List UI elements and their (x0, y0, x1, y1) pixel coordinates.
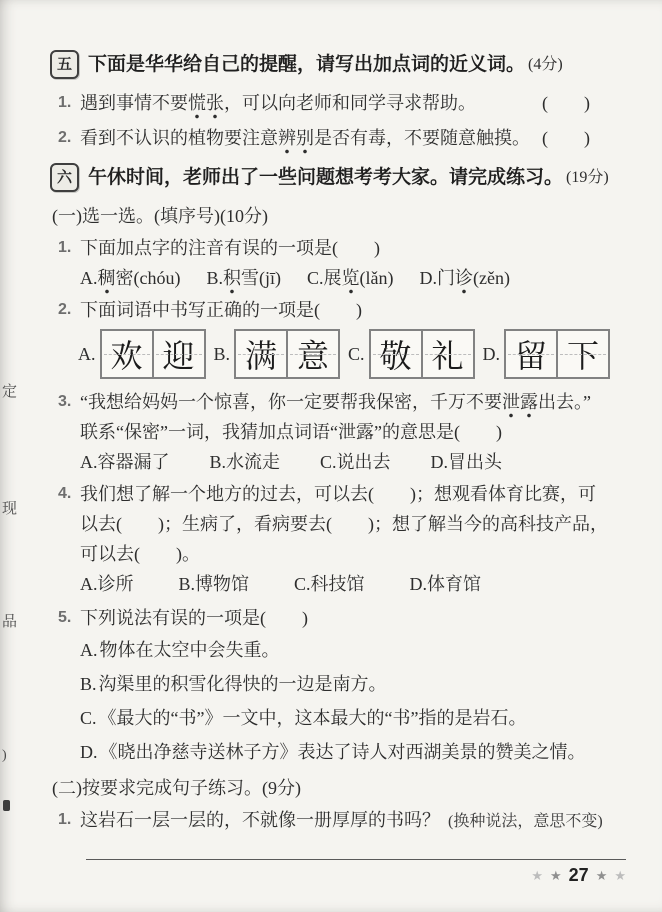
emphasized-word: 泄露 (502, 392, 538, 418)
text-segment: 这岩石一层一层的，不就像一册厚厚的书吗？ (80, 810, 440, 830)
section-6-title: 午休时间，老师出了一些问题想考考大家。请完成练习。 (88, 164, 563, 191)
emphasized-char: 积 (223, 268, 241, 294)
grid-char: 下 (556, 331, 608, 377)
text-segment: 展 (324, 268, 342, 288)
question-3-options: A.容器漏了 B.水流走 C.说出去 D.冒出头 (80, 447, 632, 477)
option-text: 沟渠里的积雪化得快的一边是南方。 (99, 667, 387, 701)
option-b: B.水流走 (210, 447, 281, 477)
option-text: 体育馆 (427, 574, 481, 594)
star-icon: ★ (550, 869, 562, 882)
question-5-option-c: C.《最大的“书”》一文中，这本最大的“书”指的是岩石。 (80, 701, 632, 735)
item-text: 看到不认识的植物要注意辨别是否有毒，不要随意触摸。 (80, 123, 530, 153)
option-label: C. (294, 574, 311, 594)
option-text: 《最大的“书”》一文中，这本最大的“书”指的是岩石。 (99, 701, 527, 735)
answer-blank: ( ) (542, 88, 590, 118)
option-label: C. (320, 452, 337, 472)
s5-item-1: 1. 遇到事情不要慌张，可以向老师和同学寻求帮助。 ( ) (58, 88, 632, 118)
section-5-score: (4分) (528, 51, 563, 78)
writing-grid: 欢迎 (100, 329, 206, 379)
page-footer: ★ ★ 27 ★ ★ (531, 865, 626, 886)
question-4-options: A.诊所 B.博物馆 C.科技馆 D.体育馆 (80, 569, 632, 599)
option-label: A. (78, 344, 96, 365)
option-label: D. (420, 268, 438, 288)
option-b: B.积雪(jī) (206, 263, 281, 293)
question-stem: “我想给妈妈一个惊喜，你一定要帮我保密，千万不要泄露出去。” (80, 387, 632, 417)
text-segment: “我想给妈妈一个惊喜，你一定要帮我保密，千万不要 (80, 392, 502, 412)
option-text: 冒出头 (448, 452, 502, 472)
option-label: C. (307, 268, 324, 288)
question-number: 4. (58, 479, 80, 509)
emphasized-word: 辨别 (278, 128, 314, 154)
question-2-options: A. 欢迎 B. 满意 C. 敬礼 D. 留下 (78, 329, 632, 379)
writing-grid: 满意 (234, 329, 340, 379)
emphasized-char: 览 (342, 268, 360, 294)
writing-grid: 留下 (504, 329, 610, 379)
option-text: 水流走 (226, 452, 280, 472)
question-number: 1. (58, 805, 80, 837)
option-label: B. (214, 344, 231, 365)
question-5-option-a: A.物体在太空中会失重。 (80, 633, 632, 667)
margin-fragment: 品 (2, 610, 17, 631)
option-c: C.科技馆 (294, 569, 365, 599)
s5-item-2: 2. 看到不认识的植物要注意辨别是否有毒，不要随意触摸。 ( ) (58, 123, 632, 153)
page-number: 27 (569, 865, 589, 886)
question-stem: 下面词语中书写正确的一项是( ) (80, 295, 632, 325)
option-label: D. (80, 735, 98, 769)
grid-char: 满 (236, 331, 286, 377)
question-4-line-2: 以去( )；生病了，看病要去( )；想了解当今的高科技产品， (80, 509, 632, 539)
question-hint: (换种说法，意思不变) (440, 813, 603, 830)
option-d: D.门诊(zěn) (420, 263, 510, 293)
option-text: 说出去 (337, 452, 391, 472)
margin-fragment: 现 (2, 497, 17, 518)
section-5-title: 下面是华华给自己的提醒，请写出加点词的近义词。 (88, 51, 525, 78)
grid-char: 意 (286, 331, 338, 377)
answer-blank: ( ) (542, 123, 590, 153)
option-a: A.容器漏了 (80, 447, 170, 477)
text-segment: 密(chóu) (116, 268, 181, 288)
part-2-label: (二)按要求完成句子练习。(9分) (52, 773, 632, 803)
text-segment: (lǎn) (360, 268, 394, 288)
text-segment: 遇到事情不要 (80, 93, 188, 113)
option-label: A. (80, 633, 98, 667)
option-d: D.体育馆 (410, 569, 482, 599)
part-1-label: (一)选一选。(填序号)(10分) (52, 201, 632, 231)
question-stem: 这岩石一层一层的，不就像一册厚厚的书吗？(换种说法，意思不变) (80, 805, 632, 837)
section-6-badge: 六 (50, 163, 79, 192)
margin-fragment: ) (2, 748, 7, 764)
option-text: 博物馆 (195, 574, 249, 594)
option-b: B. 满意 (214, 329, 341, 379)
question-5-option-b: B.沟渠里的积雪化得快的一边是南方。 (80, 667, 632, 701)
question-number: 5. (58, 603, 80, 633)
item-number: 2. (58, 123, 80, 153)
item-number: 1. (58, 88, 80, 118)
option-label: B. (206, 268, 223, 288)
question-4: 4. 我们想了解一个地方的过去，可以去( )；想观看体育比赛，可 (58, 479, 632, 509)
text-segment: 门 (437, 268, 455, 288)
option-a: A.稠密(chóu) (80, 263, 180, 293)
question-stem: 下面加点字的注音有误的一项是( ) (80, 233, 632, 263)
option-label: D. (410, 574, 428, 594)
question-4-line-3: 可以去( )。 (80, 539, 632, 569)
option-label: C. (80, 701, 97, 735)
option-text: 科技馆 (311, 574, 365, 594)
question-2: 2. 下面词语中书写正确的一项是( ) (58, 295, 632, 325)
worksheet-page: 定 现 品 ) 五 下面是华华给自己的提醒，请写出加点词的近义词。 (4分) 1… (0, 0, 662, 912)
answer-writing-line (86, 839, 626, 860)
question-stem: 我们想了解一个地方的过去，可以去( )；想观看体育比赛，可 (80, 479, 632, 509)
section-5-header: 五 下面是华华给自己的提醒，请写出加点词的近义词。 (4分) (50, 50, 632, 79)
option-label: C. (348, 344, 365, 365)
worksheet-content: 五 下面是华华给自己的提醒，请写出加点词的近义词。 (4分) 1. 遇到事情不要… (0, 0, 662, 860)
grid-char: 迎 (152, 331, 204, 377)
emphasized-word: 慌张 (188, 93, 224, 119)
text-segment: 出去。” (538, 392, 591, 412)
question-1-options: A.稠密(chóu) B.积雪(jī) C.展览(lǎn) D.门诊(zěn) (80, 263, 632, 293)
item-text: 遇到事情不要慌张，可以向老师和同学寻求帮助。 (80, 88, 476, 118)
section-6-header: 六 午休时间，老师出了一些问题想考考大家。请完成练习。 (19分) (50, 163, 632, 192)
part-2-question-1: 1. 这岩石一层一层的，不就像一册厚厚的书吗？(换种说法，意思不变) (58, 805, 632, 837)
grid-char: 留 (506, 331, 556, 377)
option-a: A.诊所 (80, 569, 134, 599)
text-segment: 雪(jī) (241, 268, 281, 288)
option-label: A. (80, 268, 98, 288)
star-icon: ★ (531, 869, 543, 882)
grid-char: 欢 (102, 331, 152, 377)
question-stem: 下列说法有误的一项是( ) (80, 603, 632, 633)
option-label: D. (483, 344, 501, 365)
question-1: 1. 下面加点字的注音有误的一项是( ) (58, 233, 632, 263)
option-d: D. 留下 (483, 329, 611, 379)
option-c: C. 敬礼 (348, 329, 475, 379)
emphasized-char: 稠 (98, 268, 116, 294)
option-text: 诊所 (98, 574, 134, 594)
option-label: B. (179, 574, 196, 594)
question-3-line-2: 联系“保密”一词，我猜加点词语“泄露”的意思是( ) (80, 417, 632, 447)
option-label: D. (431, 452, 449, 472)
question-5-option-d: D.《晓出净慈寺送林子方》表达了诗人对西湖美景的赞美之情。 (80, 735, 632, 769)
question-3: 3. “我想给妈妈一个惊喜，你一定要帮我保密，千万不要泄露出去。” (58, 387, 632, 417)
option-a: A. 欢迎 (78, 329, 206, 379)
option-b: B.博物馆 (179, 569, 250, 599)
text-segment: 是否有毒，不要随意触摸。 (314, 128, 530, 148)
option-label: B. (80, 667, 97, 701)
question-5: 5. 下列说法有误的一项是( ) (58, 603, 632, 633)
text-segment: 看到不认识的植物要注意 (80, 128, 278, 148)
option-text: 容器漏了 (98, 452, 170, 472)
option-text: 《晓出净慈寺送林子方》表达了诗人对西湖美景的赞美之情。 (100, 735, 586, 769)
writing-grid: 敬礼 (369, 329, 475, 379)
grid-char: 敬 (371, 331, 421, 377)
option-label: A. (80, 452, 98, 472)
option-d: D.冒出头 (431, 447, 503, 477)
option-text: 物体在太空中会失重。 (100, 633, 280, 667)
section-6-score: (19分) (566, 164, 609, 191)
section-5-badge: 五 (50, 50, 79, 79)
option-c: C.展览(lǎn) (307, 263, 394, 293)
option-label: B. (210, 452, 227, 472)
star-icon: ★ (596, 869, 608, 882)
option-label: A. (80, 574, 98, 594)
emphasized-char: 诊 (455, 268, 473, 294)
option-c: C.说出去 (320, 447, 391, 477)
text-segment: (zěn) (473, 268, 510, 288)
text-segment: ，可以向老师和同学寻求帮助。 (224, 93, 476, 113)
grid-char: 礼 (421, 331, 473, 377)
star-icon: ★ (614, 869, 626, 882)
question-number: 3. (58, 387, 80, 417)
ink-mark (3, 800, 10, 811)
question-number: 2. (58, 295, 80, 325)
question-number: 1. (58, 233, 80, 263)
margin-fragment: 定 (2, 380, 17, 401)
